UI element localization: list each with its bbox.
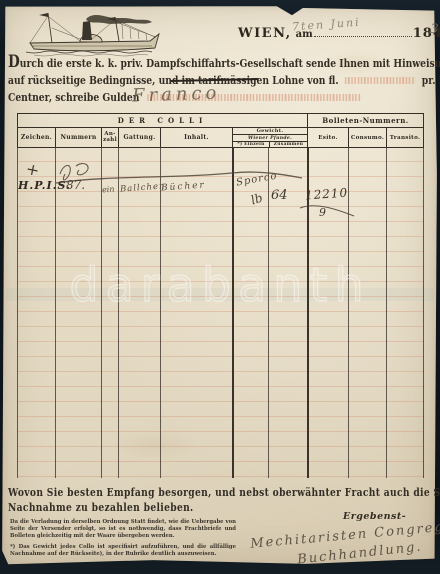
fine-print-2: *) Das Gewicht jedes Collo ist specifisi…	[10, 544, 236, 558]
table-header: DER COLLI Bolleten-Nummern. Zeichen. Num…	[17, 113, 424, 148]
col-anzahl: An-zahl	[102, 128, 119, 147]
fine-print: Da die Verladung in derselben Ordnung St…	[10, 519, 236, 561]
col-transito: Transito.	[387, 128, 423, 147]
handwritten-year-digit: 3	[429, 21, 439, 37]
col-consumo: Consumo.	[349, 128, 387, 147]
drop-cap: D	[8, 52, 20, 72]
gewicht-title: Gewicht.	[233, 128, 307, 135]
table-vline	[55, 147, 56, 478]
table-vline	[101, 147, 102, 478]
col-gattung: Gattung.	[119, 128, 161, 147]
handwritten-underline-flourish	[296, 200, 358, 222]
fine-print-1: Da die Verladung in derselben Ordnung St…	[10, 519, 236, 540]
gewicht-wiener-pfunde: Wiener Pfunde.	[233, 135, 307, 142]
steamship-engraving-icon	[22, 8, 162, 62]
entry-gewicht-value: 64	[271, 188, 288, 203]
intro-line-3a: Centner, schreibe Gulden	[8, 90, 139, 104]
group-bolleten-nummern: Bolleten-Nummern.	[308, 114, 423, 127]
table-vline	[386, 147, 387, 478]
col-inhalt: Inhalt.	[161, 128, 233, 147]
city-label: WIEN,	[238, 26, 292, 41]
dateline: WIEN,am184 7ten Juni 3	[238, 22, 434, 42]
amount-blank-field	[345, 77, 415, 84]
col-gewicht: Gewicht. Wiener Pfunde. *) EinzelnZusamm…	[233, 128, 308, 147]
closing-line-1: Wovon Sie besten Empfang besorgen, und n…	[8, 486, 363, 501]
table-vline	[17, 147, 18, 478]
date-dotted-leader	[314, 36, 412, 37]
handwritten-franco: Franco	[132, 82, 221, 106]
table-vline	[268, 147, 269, 478]
entry-anzahl: ein	[102, 185, 115, 195]
intro-line-1: Durch die erste k. k. priv. Dampfschiffa…	[8, 56, 350, 73]
entry-zeichen: H.P.I.S.	[18, 179, 71, 192]
table-vline	[118, 147, 119, 478]
intro-paragraph: Durch die erste k. k. priv. Dampfschiffa…	[8, 56, 436, 107]
intro-line-1-text: urch die erste k. k. priv. Dampfschiffah…	[20, 56, 440, 70]
col-nummern: Nummern	[56, 128, 102, 147]
table-vline	[423, 147, 424, 478]
closing-line-2: Nachnahme zu bezahlen belieben.	[8, 501, 363, 516]
intro-line-2c: pr. Brutto	[422, 73, 440, 87]
table-column-row: Zeichen. Nummern An-zahl Gattung. Inhalt…	[18, 128, 423, 147]
intro-line-2b: en Lohne von fl.	[257, 73, 339, 87]
table-body-ruling	[17, 147, 424, 478]
freight-document-photo: WIEN,am184 7ten Juni 3 Durch die erste k…	[0, 0, 440, 574]
table-group-row: DER COLLI Bolleten-Nummern.	[18, 114, 423, 128]
col-zeichen: Zeichen.	[18, 128, 56, 147]
table-vline	[232, 147, 234, 478]
group-der-colli: DER COLLI	[18, 114, 308, 127]
col-esito: Esito.	[308, 128, 349, 147]
valediction: Ergebenst-	[343, 511, 406, 522]
col-anzahl-line2: zahl	[103, 138, 117, 144]
entry-nummer: 87.	[66, 178, 85, 192]
table-vline	[160, 147, 161, 478]
